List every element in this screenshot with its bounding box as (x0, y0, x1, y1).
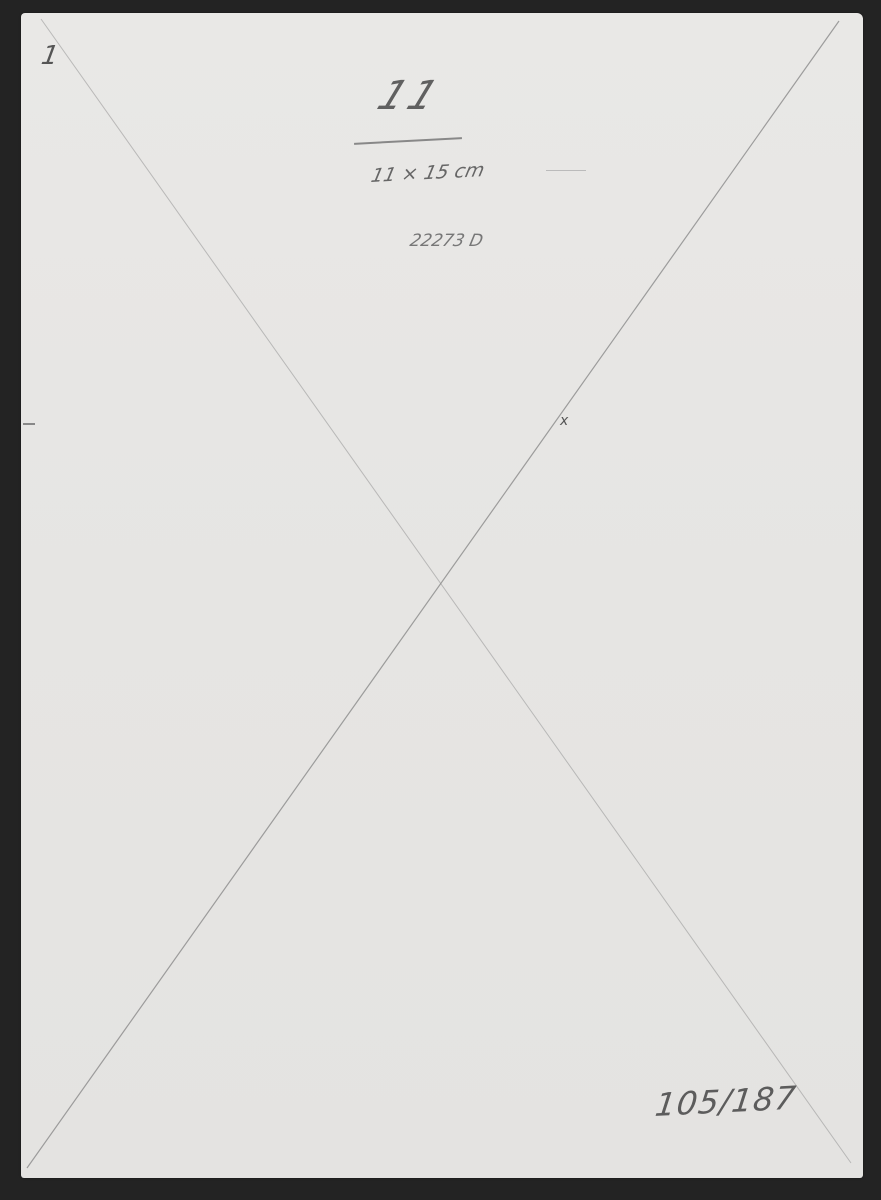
photo-verso-paper: 1 11 11 × 15 cm 22273 D x 105/187 (21, 13, 863, 1178)
diagonal-line-tl-br (41, 19, 851, 1163)
catalog-code: 22273 D (408, 231, 485, 251)
pencil-cross-lines (21, 13, 863, 1178)
diagonal-line-tr-bl (27, 21, 839, 1168)
dimensions-trailing-line (546, 170, 586, 171)
center-mark: x (560, 413, 568, 429)
page-reference: 105/187 (653, 1079, 799, 1124)
edge-tick-mark (23, 423, 35, 425)
